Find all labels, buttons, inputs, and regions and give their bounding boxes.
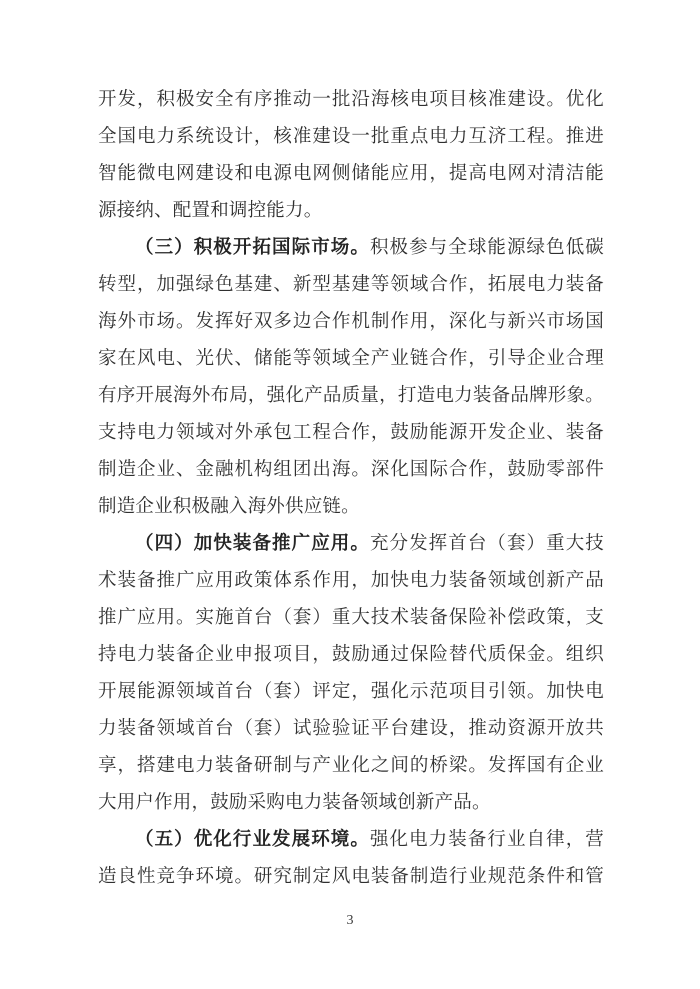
document-body: 开发，积极安全有序推动一批沿海核电项目核准建设。优化全国电力系统设计，核准建设一… [98, 82, 604, 896]
page-number: 3 [0, 911, 700, 931]
text-line: 力装备领域首台（套）试验验证平台建设，推动资源开放共 [98, 711, 604, 748]
text-line: 支持电力领域对外承包工程合作，鼓励能源开发企业、装备 [98, 415, 604, 452]
section-heading-line: （四）加快装备推广应用。充分发挥首台（套）重大技 [98, 526, 604, 563]
text-line: 推广应用。实施首台（套）重大技术装备保险补偿政策，支 [98, 600, 604, 637]
document-page: 开发，积极安全有序推动一批沿海核电项目核准建设。优化全国电力系统设计，核准建设一… [0, 0, 700, 989]
text-line: 大用户作用，鼓励采购电力装备领域创新产品。 [98, 785, 604, 822]
text-line: 制造企业积极融入海外供应链。 [98, 489, 604, 526]
text-run: 积极参与全球能源绿色低碳 [370, 238, 604, 258]
text-line: 开展能源领域首台（套）评定，强化示范项目引领。加快电 [98, 674, 604, 711]
text-line: 源接纳、配置和调控能力。 [98, 193, 604, 230]
section-heading: （三）积极开拓国际市场。 [135, 238, 370, 258]
text-run: 强化电力装备行业自律，营 [370, 830, 604, 850]
text-line: 制造企业、金融机构组团出海。深化国际合作，鼓励零部件 [98, 452, 604, 489]
section-heading-line: （三）积极开拓国际市场。积极参与全球能源绿色低碳 [98, 230, 604, 267]
text-line: 智能微电网建设和电源电网侧储能应用，提高电网对清洁能 [98, 156, 604, 193]
text-line: 转型，加强绿色基建、新型基建等领域合作，拓展电力装备 [98, 267, 604, 304]
text-line: 持电力装备企业申报项目，鼓励通过保险替代质保金。组织 [98, 637, 604, 674]
text-line: 享，搭建电力装备研制与产业化之间的桥梁。发挥国有企业 [98, 748, 604, 785]
text-line: 开发，积极安全有序推动一批沿海核电项目核准建设。优化 [98, 82, 604, 119]
text-run: 充分发挥首台（套）重大技 [370, 534, 604, 554]
text-line: 全国电力系统设计，核准建设一批重点电力互济工程。推进 [98, 119, 604, 156]
section-heading: （四）加快装备推广应用。 [135, 534, 370, 554]
section-heading: （五）优化行业发展环境。 [135, 830, 370, 850]
text-line: 家在风电、光伏、储能等领域全产业链合作，引导企业合理 [98, 341, 604, 378]
text-line: 有序开展海外布局，强化产品质量，打造电力装备品牌形象。 [98, 378, 604, 415]
text-line: 术装备推广应用政策体系作用，加快电力装备领域创新产品 [98, 563, 604, 600]
text-line: 海外市场。发挥好双多边合作机制作用，深化与新兴市场国 [98, 304, 604, 341]
section-heading-line: （五）优化行业发展环境。强化电力装备行业自律，营 [98, 822, 604, 859]
text-line: 造良性竞争环境。研究制定风电装备制造行业规范条件和管 [98, 859, 604, 896]
